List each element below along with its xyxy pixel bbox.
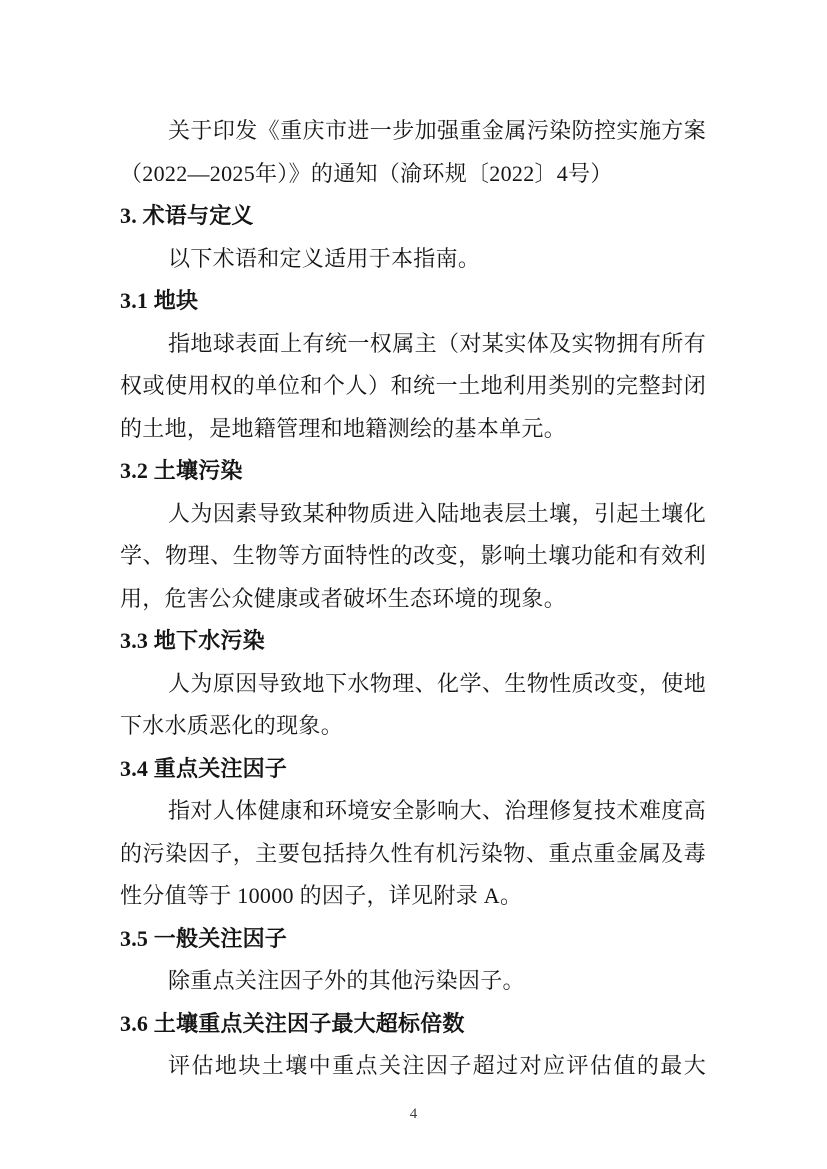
section-heading-3-1: 3.1 地块 <box>120 280 706 323</box>
document-page: 关于印发《重庆市进一步加强重金属污染防控实施方案 （2022—2025年）》的通… <box>0 0 827 1169</box>
reference-line: 关于印发《重庆市进一步加强重金属污染防控实施方案 <box>120 110 706 153</box>
paragraph-line: 指对人体健康和环境安全影响大、治理修复技术难度高 <box>120 790 706 833</box>
page-content: 关于印发《重庆市进一步加强重金属污染防控实施方案 （2022—2025年）》的通… <box>120 110 706 1088</box>
section-heading-3-4: 3.4 重点关注因子 <box>120 748 706 791</box>
paragraph-line: 下水水质恶化的现象。 <box>120 705 706 748</box>
section-heading-3-3: 3.3 地下水污染 <box>120 620 706 663</box>
page-footer: 4 <box>0 1097 827 1131</box>
paragraph-line: 的土地，是地籍管理和地籍测绘的基本单元。 <box>120 408 706 451</box>
paragraph-line: 权或使用权的单位和个人）和统一土地利用类别的完整封闭 <box>120 365 706 408</box>
section-heading-3-5: 3.5 一般关注因子 <box>120 918 706 961</box>
reference-line: （2022—2025年）》的通知（渝环规〔2022〕4号） <box>120 153 706 196</box>
paragraph-line: 指地球表面上有统一权属主（对某实体及实物拥有所有 <box>120 323 706 366</box>
paragraph-line: 用，危害公众健康或者破坏生态环境的现象。 <box>120 578 706 621</box>
paragraph-line: 人为因素导致某种物质进入陆地表层土壤，引起土壤化 <box>120 493 706 536</box>
paragraph-line: 评估地块土壤中重点关注因子超过对应评估值的最大 <box>120 1045 706 1088</box>
section-heading-3: 3. 术语与定义 <box>120 195 706 238</box>
section-heading-3-6: 3.6 土壤重点关注因子最大超标倍数 <box>120 1003 706 1046</box>
paragraph-line: 的污染因子，主要包括持久性有机污染物、重点重金属及毒 <box>120 833 706 876</box>
paragraph-line: 人为原因导致地下水物理、化学、生物性质改变，使地 <box>120 663 706 706</box>
paragraph-line: 以下术语和定义适用于本指南。 <box>120 238 706 281</box>
paragraph-line: 学、物理、生物等方面特性的改变，影响土壤功能和有效利 <box>120 535 706 578</box>
paragraph-line: 性分值等于 10000 的因子，详见附录 A。 <box>120 875 706 918</box>
paragraph-line: 除重点关注因子外的其他污染因子。 <box>120 960 706 1003</box>
page-number: 4 <box>410 1106 418 1122</box>
section-heading-3-2: 3.2 土壤污染 <box>120 450 706 493</box>
